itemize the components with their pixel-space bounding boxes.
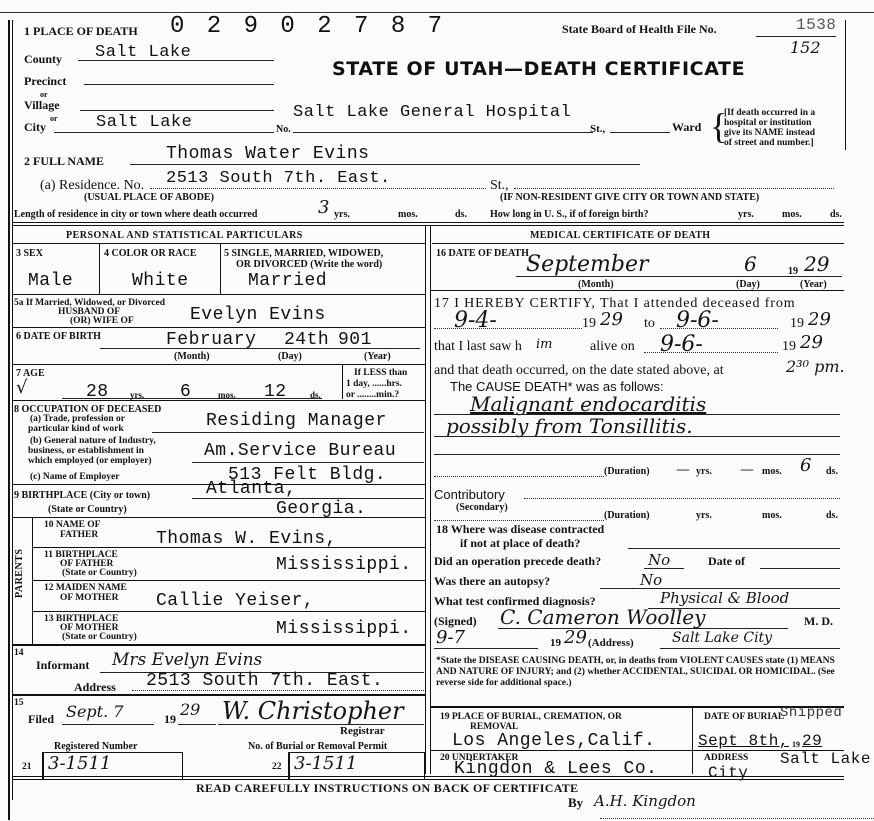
dod-day[interactable]: 6 [744,256,757,272]
duration-ds-label-2: ds. [826,510,838,521]
or-label-2: or [50,114,58,124]
md-label: M. D. [804,616,833,627]
yrs-label-2: yrs. [738,209,754,220]
by-label: By [568,797,583,808]
institution-note: [If death occurred in a hospital or inst… [724,108,815,148]
row-rule-4 [12,400,425,401]
dob-line [100,348,420,349]
ward-label: Ward [672,122,701,133]
dod-label: 16 DATE OF DEATH [436,248,529,259]
informant-no: 14 [14,648,24,658]
burial-year[interactable]: 29 [802,732,822,750]
right-border [845,20,846,150]
dob-month-caption: (Month) [174,351,210,362]
registered-number-no: 21 [22,762,32,772]
divider-sex [99,244,100,294]
attended-to-line [660,328,778,329]
section-rule-right [432,243,844,244]
signed-line [498,628,788,629]
alive-on-label: alive on [590,339,635,354]
precinct-label: Precinct [24,76,66,87]
burial-date-label: DATE OF BURIAL [704,712,784,722]
cause-line-1[interactable]: Malignant endocarditis [470,394,706,414]
last-saw-19: 19 [782,339,796,354]
address-line [132,690,424,691]
duration-yrs-label: yrs. [696,466,712,477]
dod-day-caption: (Day) [736,279,760,290]
q18-line-1: 18 Where was disease contracted [436,524,604,535]
operation-value[interactable]: No [648,552,670,568]
mother-bp-label-3: (State or Country) [62,632,137,642]
mother-name[interactable]: Callie Yeiser, [156,592,314,610]
certificate-title: STATE OF UTAH—DEATH CERTIFICATE [332,58,745,80]
place-of-death-label: 1 PLACE OF DEATH [24,26,138,37]
physician-address[interactable]: Salt Lake City [672,630,772,646]
row-rule-1 [12,294,425,295]
mother-label-1: 12 MAIDEN NAME [44,583,127,593]
burial-divider [692,708,693,774]
column-divider [425,226,426,774]
less-than-1: If LESS than [354,368,407,378]
residence-value[interactable]: 2513 South 7th. East. [166,170,391,188]
dob-month[interactable]: February [166,331,256,349]
occupation-b-line [192,462,424,463]
occupation-a-label-2: particular kind of work [28,424,124,434]
signed-year-prefix: 19 [550,638,561,649]
file-no-line [756,36,836,37]
employer-label: (c) Name of Employer [30,472,119,482]
left-border [8,20,10,820]
marital-value[interactable]: Married [248,272,327,290]
registrar-label: Registrar [340,726,385,737]
cause-rule-2 [434,436,840,437]
nonresident-line [514,188,834,189]
occupation-a-line [152,432,424,433]
duration-yrs[interactable]: — [676,462,690,478]
duration-mos-label: mos. [762,466,782,477]
row-rule-8 [32,580,425,581]
duration-label: (Duration) [604,466,650,477]
occupation-b-label-3: which employed (or employer) [28,456,152,466]
permit-value[interactable]: 3-1511 [294,756,357,772]
father-label-2: FATHER [60,530,98,540]
death-time-label: and that death occurred, on the date sta… [434,363,724,378]
filed-year-prefix: 19 [164,714,176,725]
occupation-b-value[interactable]: Am.Service Bureau [204,442,396,460]
divider-race [220,244,221,294]
informant-label: Informant [36,660,89,671]
dob-label: 6 DATE OF BIRTH [16,331,101,342]
registered-number-label: Registered Number [54,741,137,752]
operation-line [644,568,684,569]
contributory-line [524,498,840,499]
contributory-label: Contributory [434,487,505,502]
file-no-handwritten: 152 [790,40,821,56]
occupation-b-label-2: business, or establishment in [28,446,144,456]
dod-year[interactable]: 29 [804,256,829,272]
filed-year-line [178,724,216,725]
duration-yrs-label-2: yrs. [696,510,712,521]
sex-label: 3 SEX [16,248,43,259]
length-residence-yrs[interactable]: 3 [318,200,329,216]
dob-day-caption: (Day) [278,351,302,362]
institution-value[interactable]: Salt Lake General Hospital [293,104,571,122]
last-saw-year[interactable]: 29 [800,335,823,351]
attended-from-year[interactable]: 29 [600,312,623,328]
father-label-1: 10 NAME OF [44,520,100,530]
father-bp-label-3: (State or Country) [62,568,137,578]
date-of-line [760,568,840,569]
ds-label: ds. [455,209,467,220]
spouse-label-3: (OR) WIFE OF [70,316,134,326]
file-no-value: 1538 [796,16,836,34]
footnote: *State the DISEASE CAUSING DEATH, or, in… [436,656,840,689]
parents-divider [32,517,33,645]
city-label: City [24,122,46,133]
registrar-signature: W. Christopher [222,698,404,724]
q18-line [628,548,840,549]
duration-ds[interactable]: 6 [800,458,811,474]
less-than-3: or ........min.? [346,390,399,400]
age-check-icon: √ [16,380,27,396]
left-border-inner [12,20,13,800]
signed-date-line [434,648,538,649]
race-value[interactable]: White [132,272,189,290]
attended-from-line [434,328,582,329]
footer-dotted-line [600,818,874,819]
row-rule-6 [12,517,425,518]
yrs-label: yrs. [334,209,350,220]
filed-date-line [62,724,154,725]
q18-line-2: if not at place of death? [460,538,580,549]
permit-label: No. of Burial or Removal Permit [248,741,387,752]
residence-st-label: St., [490,178,509,193]
duration-ds-label: ds. [826,466,838,477]
row-rule-7 [32,547,425,548]
burial-date-note: Shipped [780,704,842,722]
registrar-line [218,724,424,725]
signed-label: (Signed) [434,616,477,627]
full-name-line [130,164,640,165]
dob-day[interactable]: 24th [284,331,329,349]
secondary-label: (Secondary) [456,502,508,513]
cause-line-2[interactable]: possibly from Tonsillitis. [446,416,693,436]
burial-year-prefix: 19 [792,740,800,750]
occupation-a-value[interactable]: Residing Manager [206,412,387,430]
row-rule-3 [12,364,425,365]
row-rule-10 [12,644,425,646]
age-line [62,398,322,399]
filed-year[interactable]: 29 [180,702,200,718]
section-rule-top-2 [12,225,844,226]
certificate-serial: 0 2 9 0 2 7 8 7 [170,18,446,36]
burial-date[interactable]: Sept 8th, [698,732,789,750]
death-time[interactable]: 2³⁰ pm. [786,359,845,375]
physician-address-line [660,648,840,649]
permit-no: 22 [272,762,282,772]
residence-label: (a) Residence. No. [40,178,144,193]
informant-address[interactable]: 2513 South 7th. East. [146,672,383,690]
dod-line [516,276,842,277]
address-label: Address [74,682,116,693]
autopsy-label: Was there an autopsy? [434,576,550,587]
full-name-value[interactable]: Thomas Water Evins [166,145,369,163]
row-rule-2 [12,327,425,328]
nonresident-note: (IF NON-RESIDENT GIVE CITY OR TOWN AND S… [500,192,759,203]
spouse-value[interactable]: Evelyn Evins [190,306,326,324]
filed-date[interactable]: Sept. 7 [66,704,123,720]
st-label: St., [590,124,605,135]
ward-line [610,132,670,133]
mos-label: mos. [398,209,418,220]
personal-heading: PERSONAL AND STATISTICAL PARTICULARS [66,230,303,241]
dob-year-caption: (Year) [364,351,391,362]
dod-month[interactable]: September [526,254,649,276]
signed-year[interactable]: 29 [564,630,587,646]
birthplace-state[interactable]: Georgia. [276,500,366,518]
no-label: No. [276,124,291,135]
ds-label-2: ds. [830,209,842,220]
precinct-line [84,84,274,85]
foreign-birth-label: How long in U. S., if of foreign birth? [490,209,648,220]
filed-label: Filed [28,714,54,725]
instructions-text: READ CAREFULLY INSTRUCTIONS ON BACK OF C… [196,783,578,794]
length-residence-label: Length of residence in city or town wher… [14,209,257,220]
duration-label-2: (Duration) [604,510,650,521]
birthplace-label: 9 BIRTHPLACE (City or town) [14,490,150,501]
village-label: Village [24,100,60,111]
dod-month-caption: (Month) [578,279,614,290]
to-label: to [644,316,655,331]
section-rule [12,243,426,244]
dob-year[interactable]: 901 [338,331,372,349]
burial-place[interactable]: Los Angeles,Calif. [452,732,655,750]
less-than-2: 1 day, ......hrs. [346,379,402,389]
father-birthplace[interactable]: Mississippi. [276,556,412,574]
dod-year-caption: (Year) [800,279,827,290]
filed-no: 15 [14,698,24,708]
duration-mos-label-2: mos. [762,510,782,521]
mos-label-2: mos. [782,209,802,220]
test-value[interactable]: Physical & Blood [660,590,789,606]
burial-place-label-1: 19 PLACE OF BURIAL, CREMATION, OR [440,712,622,722]
undertaker-address-1[interactable]: Salt Lake [780,750,871,768]
father-name[interactable]: Thomas W. Evins, [156,530,337,548]
signed-date[interactable]: 9-7 [436,630,465,646]
sex-value[interactable]: Male [28,272,73,290]
residence-line [150,188,486,189]
full-name-label: 2 FULL NAME [24,156,104,167]
cause-rule-3 [434,454,840,455]
operation-label: Did an operation precede death? [434,556,601,567]
row-rule-9 [32,611,425,612]
attended-to-19: 19 [790,316,804,331]
attended-from-19: 19 [582,316,596,331]
file-no-label: State Board of Health File No. [562,24,717,35]
duration-line [434,476,604,477]
last-saw-line [644,352,778,353]
last-saw-pronoun[interactable]: im [536,337,553,353]
attended-to-year[interactable]: 29 [808,312,831,328]
county-label: County [24,54,62,65]
registered-number-value[interactable]: 3-1511 [48,756,111,772]
physician-signature: C. Cameron Woolley [500,606,705,628]
undertaker-address-label: ADDRESS [704,753,748,763]
medical-heading: MEDICAL CERTIFICATE OF DEATH [530,230,710,241]
race-label: 4 COLOR OR RACE [104,248,197,259]
county-line [78,60,274,61]
physician-address-label: (Address) [588,638,634,649]
village-line [80,110,274,111]
by-signature: A.H. Kingdon [594,793,696,809]
city-value[interactable]: Salt Lake [96,114,192,132]
last-saw-label: that I last saw h [434,339,522,354]
date-of-label: Date of [708,556,745,567]
bottom-rule-1 [12,776,844,777]
occupation-a-label-1: (a) Trade, profession or [30,414,125,424]
abode-note: (USUAL PLACE OF ABODE) [84,192,214,203]
city-line [54,132,274,133]
birthplace-city[interactable]: Atlanta, [206,480,296,498]
street-line [293,132,593,133]
row-rule-11 [12,694,425,696]
divider-less [342,365,343,399]
informant-value[interactable]: Mrs Evelyn Evins [112,652,262,668]
bottom-rule-2 [12,779,844,780]
marital-label-2: OR DIVORCED (Write the word) [236,259,382,270]
mother-birthplace[interactable]: Mississippi. [276,620,412,638]
column-divider-2 [430,226,431,774]
occupation-b-label-1: (b) General nature of Industry, [30,436,156,446]
parents-label: PARENTS [14,549,25,598]
marital-label-1: 5 SINGLE, MARRIED, WIDOWED, [224,248,383,259]
duration-line-2 [434,520,604,521]
duration-mos[interactable]: — [740,462,754,478]
mother-label-2: OF MOTHER [60,593,119,603]
autopsy-value[interactable]: No [640,572,662,588]
med-rule-1 [431,290,844,291]
birthplace-state-label: (State or Country) [48,504,127,515]
section-rule-top [12,222,844,223]
